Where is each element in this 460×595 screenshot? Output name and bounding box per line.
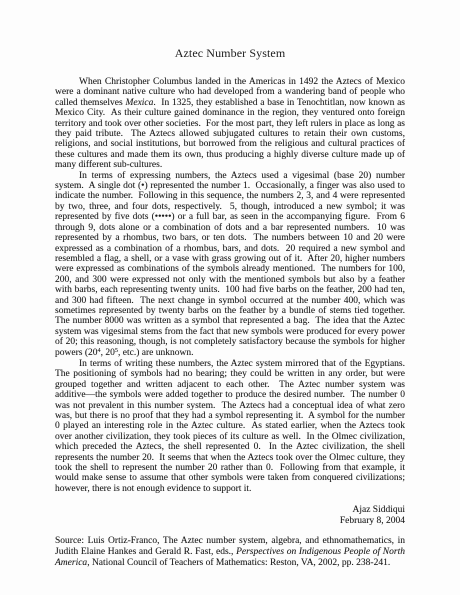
document-page: Aztec Number System When Christopher Col… — [0, 0, 460, 595]
exponent-superscript: 4 — [97, 347, 100, 354]
text-segment: In terms of expressing numbers, the Azte… — [55, 171, 410, 358]
text-segment: , National Council of Teachers of Mathem… — [87, 558, 390, 568]
italic-term-mexica: Mexica — [125, 98, 153, 108]
signature-block: Ajaz Siddiqui February 8, 2004 — [55, 505, 405, 526]
paragraph-expressing-numbers: In terms of expressing numbers, the Azte… — [55, 171, 405, 359]
document-body: When Christopher Columbus landed in the … — [55, 77, 405, 494]
text-segment: , etc.) are unknown. — [118, 348, 193, 358]
signature-date: February 8, 2004 — [55, 516, 405, 527]
source-citation: Source: Luis Ortiz-Franco, The Aztec num… — [55, 536, 405, 569]
exponent-superscript: 5 — [115, 347, 118, 354]
paragraph-writing-numbers: In terms of writing these numbers, the A… — [55, 359, 405, 494]
text-segment: In terms of writing these numbers, the A… — [55, 359, 410, 494]
author-name: Ajaz Siddiqui — [55, 505, 405, 516]
document-title: Aztec Number System — [55, 46, 405, 60]
paragraph-intro: When Christopher Columbus landed in the … — [55, 77, 405, 171]
text-segment: . In 1325, they established a base in Te… — [55, 98, 407, 170]
text-segment: , 20 — [101, 348, 115, 358]
